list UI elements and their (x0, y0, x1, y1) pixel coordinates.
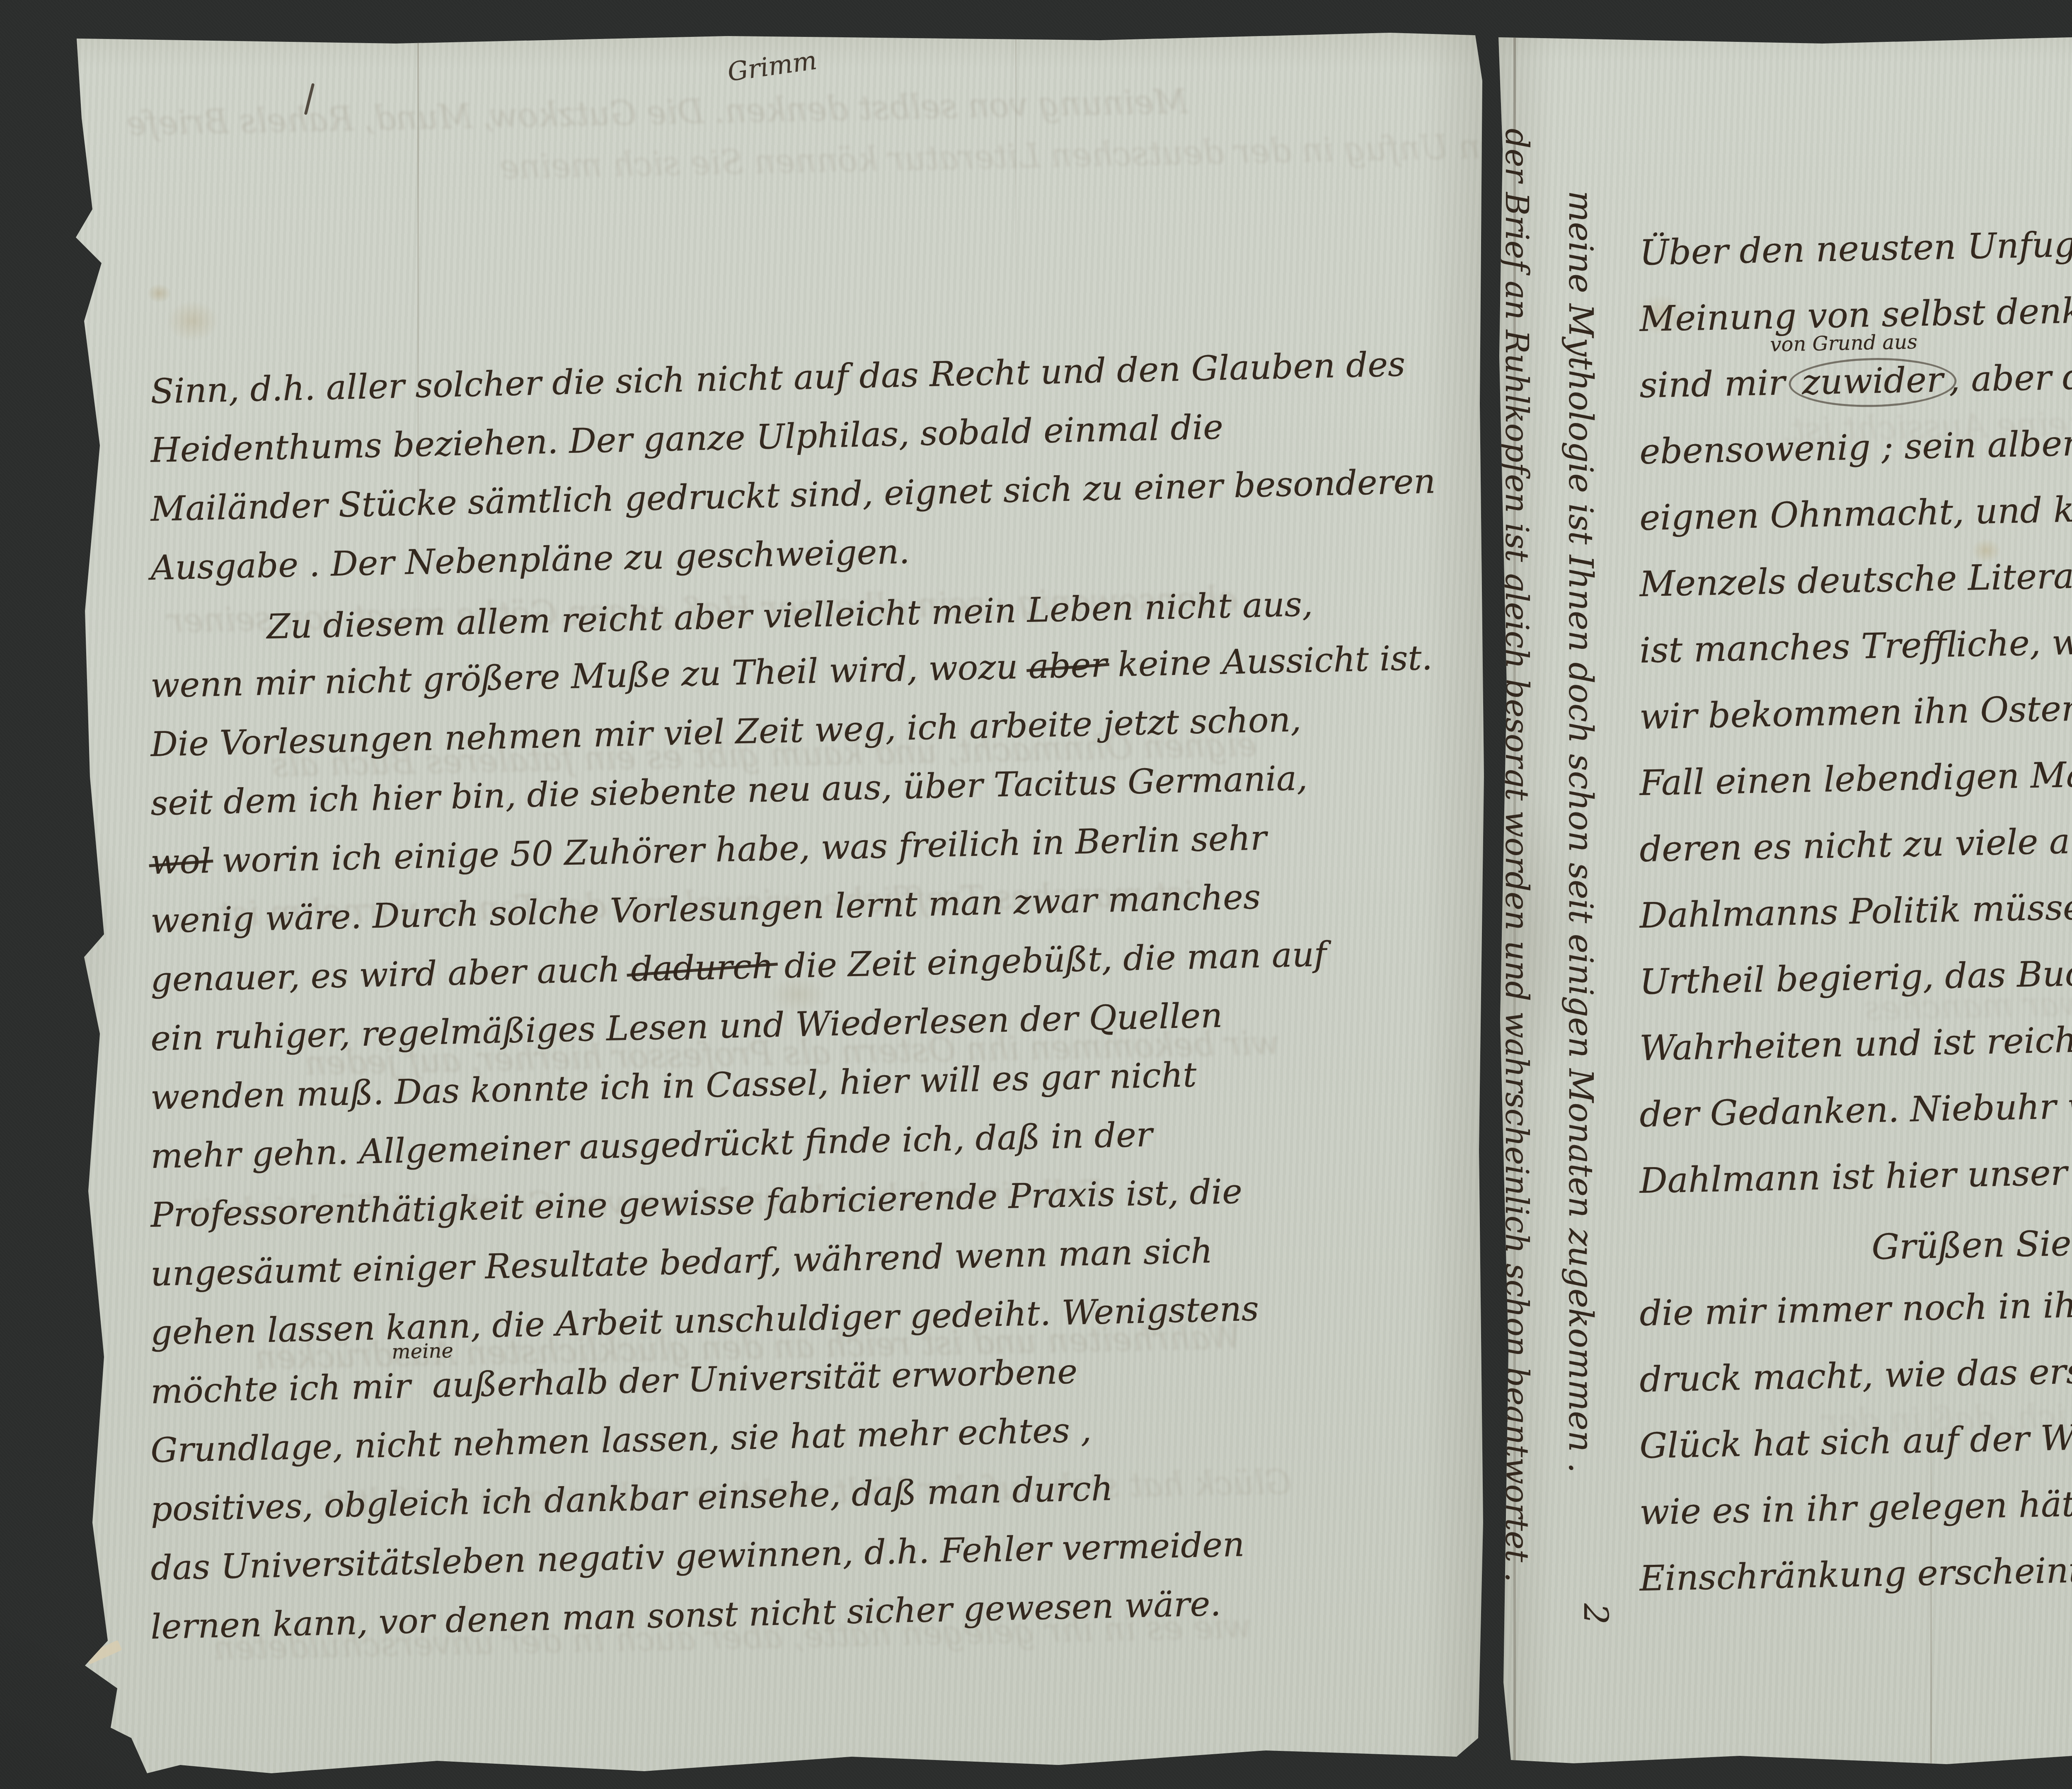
torn-edge-fibers (85, 1640, 122, 1665)
foxing-stain (147, 284, 171, 303)
manuscript-line: Über den neusten Unfug in der deutschen … (1639, 191, 2072, 286)
left-manuscript-page: Grimm Meinung von selbst denken. Die Gut… (23, 31, 1486, 1784)
archival-label: Grimm (726, 45, 819, 87)
left-page-text-block: Sinn, d.h. aller solcher die sich nicht … (151, 363, 1436, 1657)
right-page-text-block: Über den neusten Unfug in der deutschen … (1640, 220, 2072, 1678)
stray-pen-mark (304, 83, 315, 115)
photographed-manuscript-spread: Grimm Meinung von selbst denken. Die Gut… (0, 0, 2072, 1789)
right-manuscript-page: wenn mir nicht größere Muße zu Theil wir… (1491, 25, 2072, 1784)
margin-note-inner: meine Mythologie ist Ihnen doch schon se… (1561, 191, 1600, 1473)
showthrough-ghost-line: Meinung von selbst denken. Die Gutzkow, … (126, 82, 1188, 143)
margin-note-outer: der Brief an Ruhlkopfen ist gleich besor… (1498, 128, 1535, 1582)
page-number: 2 (1576, 1603, 1615, 1625)
paper-crease (1015, 31, 1017, 300)
